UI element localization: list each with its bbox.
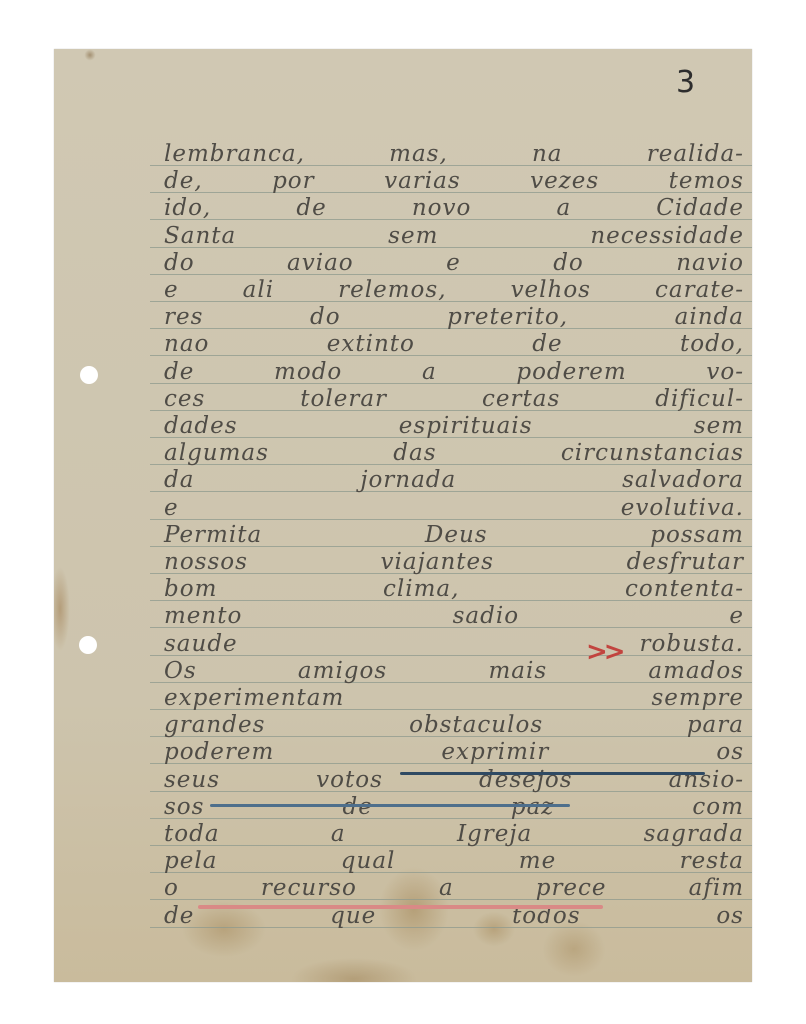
handwritten-line: ealirelemos,velhoscarate- — [164, 277, 744, 303]
handwritten-word: de — [532, 331, 562, 357]
handwritten-word: desfrutar — [627, 549, 744, 575]
blue-underline-exprimir — [400, 772, 705, 775]
handwritten-word: do — [310, 304, 341, 330]
handwritten-word: sem — [388, 223, 438, 249]
handwritten-word: prece — [536, 875, 607, 901]
handwritten-word: e — [729, 603, 744, 629]
handwritten-line: PermitaDeuspossam — [164, 522, 744, 548]
handwritten-word: qual — [341, 848, 396, 874]
handwritten-word: viajantes — [381, 549, 494, 575]
handwritten-word: exprimir — [441, 739, 549, 765]
handwritten-line: doaviaoedonavio — [164, 250, 744, 276]
handwritten-word: relemos, — [338, 277, 446, 303]
handwritten-word: necessidade — [590, 223, 744, 249]
handwritten-word: evolutiva. — [621, 495, 744, 521]
handwritten-line: demodoapoderemvo- — [164, 359, 744, 385]
handwritten-word: de — [164, 903, 194, 929]
handwritten-line: dadesespirituaissem — [164, 413, 744, 439]
handwritten-word: realida- — [647, 141, 744, 167]
handwritten-word: sadio — [453, 603, 519, 629]
handwritten-word: mas, — [389, 141, 448, 167]
handwritten-line: resdopreterito,ainda — [164, 304, 744, 330]
handwritten-word: modo — [274, 359, 342, 385]
handwritten-word: com — [692, 794, 744, 820]
manuscript-page: 3 lembranca,mas,narealida-de,porvariasve… — [54, 49, 752, 982]
handwritten-word: aviao — [287, 250, 354, 276]
handwritten-word: toda — [164, 821, 220, 847]
handwritten-word: certas — [482, 386, 560, 412]
handwritten-word: experimentam — [164, 685, 344, 711]
handwritten-word: grandes — [164, 712, 265, 738]
handwritten-word: mais — [488, 658, 547, 684]
handwritten-word: afim — [689, 875, 744, 901]
handwritten-word: extinto — [327, 331, 415, 357]
handwritten-word: sempre — [651, 685, 744, 711]
handwritten-word: votos — [316, 767, 383, 793]
handwritten-word: resta — [680, 848, 744, 874]
handwritten-word: dades — [164, 413, 238, 439]
handwritten-word: Cidade — [656, 195, 744, 221]
handwritten-word: a — [331, 821, 346, 847]
punch-hole-bottom — [79, 636, 97, 654]
handwritten-word: ido, — [164, 195, 211, 221]
handwritten-line: grandesobstaculospara — [164, 712, 744, 738]
handwritten-word: jornada — [360, 467, 456, 493]
handwritten-word: circunstancias — [561, 440, 744, 466]
handwritten-line: cestolerarcertasdificul- — [164, 386, 744, 412]
red-chevron-mark: >> — [586, 637, 622, 667]
handwritten-line: lembranca,mas,narealida- — [164, 141, 744, 167]
handwritten-word: todo, — [680, 331, 744, 357]
handwritten-line: experimentamsempre — [164, 685, 744, 711]
handwritten-word: Os — [164, 658, 197, 684]
handwritten-line: dajornadasalvadora — [164, 467, 744, 493]
handwritten-word: Deus — [425, 522, 488, 548]
handwritten-word: os — [716, 903, 744, 929]
handwritten-word: ces — [164, 386, 205, 412]
handwritten-word: lembranca, — [164, 141, 305, 167]
handwritten-word: para — [687, 712, 744, 738]
handwritten-word: das — [393, 440, 436, 466]
handwritten-word: da — [164, 467, 194, 493]
handwritten-word: vo- — [706, 359, 744, 385]
handwritten-word: ainda — [675, 304, 744, 330]
handwritten-word: sos — [164, 794, 204, 820]
handwritten-word: nossos — [164, 549, 248, 575]
handwritten-word: na — [532, 141, 563, 167]
punch-hole-top — [80, 366, 98, 384]
handwritten-word: algumas — [164, 440, 269, 466]
handwritten-word: contenta- — [625, 576, 744, 602]
handwritten-word: possam — [650, 522, 744, 548]
handwritten-word: ali — [243, 277, 274, 303]
handwritten-word: Permita — [164, 522, 262, 548]
handwritten-word: por — [272, 168, 315, 194]
blue-underline-votos — [210, 804, 570, 807]
handwritten-word: os — [716, 739, 744, 765]
handwritten-word: de — [164, 359, 194, 385]
red-underline-recurso — [198, 905, 603, 909]
page-number: 3 — [676, 65, 695, 100]
handwritten-line: bomclima,contenta- — [164, 576, 744, 602]
handwritten-word: amados — [648, 658, 744, 684]
handwritten-word: a — [422, 359, 437, 385]
handwritten-line: eevolutiva. — [164, 495, 744, 521]
handwritten-word: clima, — [383, 576, 459, 602]
handwritten-word: e — [164, 495, 179, 521]
handwritten-word: do — [164, 250, 195, 276]
handwritten-word: desejos — [479, 767, 573, 793]
handwritten-word: obstaculos — [409, 712, 543, 738]
handwritten-word: Santa — [164, 223, 236, 249]
handwritten-word: o — [164, 875, 179, 901]
handwritten-word: espirituais — [399, 413, 533, 439]
handwritten-word: tolerar — [300, 386, 387, 412]
handwritten-word: res — [164, 304, 203, 330]
handwritten-word: do — [553, 250, 584, 276]
handwritten-word: sem — [694, 413, 744, 439]
handwritten-word: poderem — [164, 739, 274, 765]
handwritten-word: vezes — [530, 168, 599, 194]
handwritten-word: dificul- — [655, 386, 744, 412]
handwritten-word: e — [164, 277, 179, 303]
handwritten-line: Santasemnecessidade — [164, 223, 744, 249]
handwritten-word: nao — [164, 331, 209, 357]
handwritten-line: sauderobusta. — [164, 631, 744, 657]
handwritten-word: novo — [412, 195, 472, 221]
handwritten-word: poderem — [516, 359, 626, 385]
handwritten-word: a — [556, 195, 571, 221]
handwritten-word: carate- — [655, 277, 744, 303]
handwritten-line: nossosviajantesdesfrutar — [164, 549, 744, 575]
handwritten-word: salvadora — [622, 467, 744, 493]
handwritten-word: e — [446, 250, 461, 276]
handwritten-word: recurso — [261, 875, 357, 901]
handwritten-word: mento — [164, 603, 242, 629]
handwritten-word: temos — [669, 168, 744, 194]
handwritten-word: ansio- — [669, 767, 744, 793]
handwritten-word: me — [519, 848, 556, 874]
handwritten-line: todaaIgrejasagrada — [164, 821, 744, 847]
handwritten-word: robusta. — [640, 631, 744, 657]
handwritten-line: seusvotosdesejosansio- — [164, 767, 744, 793]
handwritten-word: pela — [164, 848, 217, 874]
handwritten-word: navio — [676, 250, 744, 276]
handwritten-line: ido,denovoaCidade — [164, 195, 744, 221]
handwritten-line: algumasdascircunstancias — [164, 440, 744, 466]
handwritten-word: Igreja — [457, 821, 532, 847]
handwritten-line: mentosadioe — [164, 603, 744, 629]
handwritten-word: varias — [384, 168, 461, 194]
handwritten-word: velhos — [511, 277, 591, 303]
handwritten-word: sagrada — [644, 821, 744, 847]
handwritten-line: poderemexprimiros — [164, 739, 744, 765]
handwritten-word: seus — [164, 767, 220, 793]
handwritten-word: saude — [164, 631, 238, 657]
handwritten-word: a — [439, 875, 454, 901]
handwritten-line: de,porvariasvezestemos — [164, 168, 744, 194]
handwritten-line: Osamigosmaisamados — [164, 658, 744, 684]
handwritten-line: orecursoapreceafim — [164, 875, 744, 901]
handwritten-word: de, — [164, 168, 203, 194]
handwritten-word: amigos — [298, 658, 387, 684]
handwritten-word: de — [296, 195, 326, 221]
handwritten-line: naoextintodetodo, — [164, 331, 744, 357]
handwritten-line: pelaqualmeresta — [164, 848, 744, 874]
handwritten-word: preterito, — [447, 304, 568, 330]
handwritten-word: bom — [164, 576, 217, 602]
